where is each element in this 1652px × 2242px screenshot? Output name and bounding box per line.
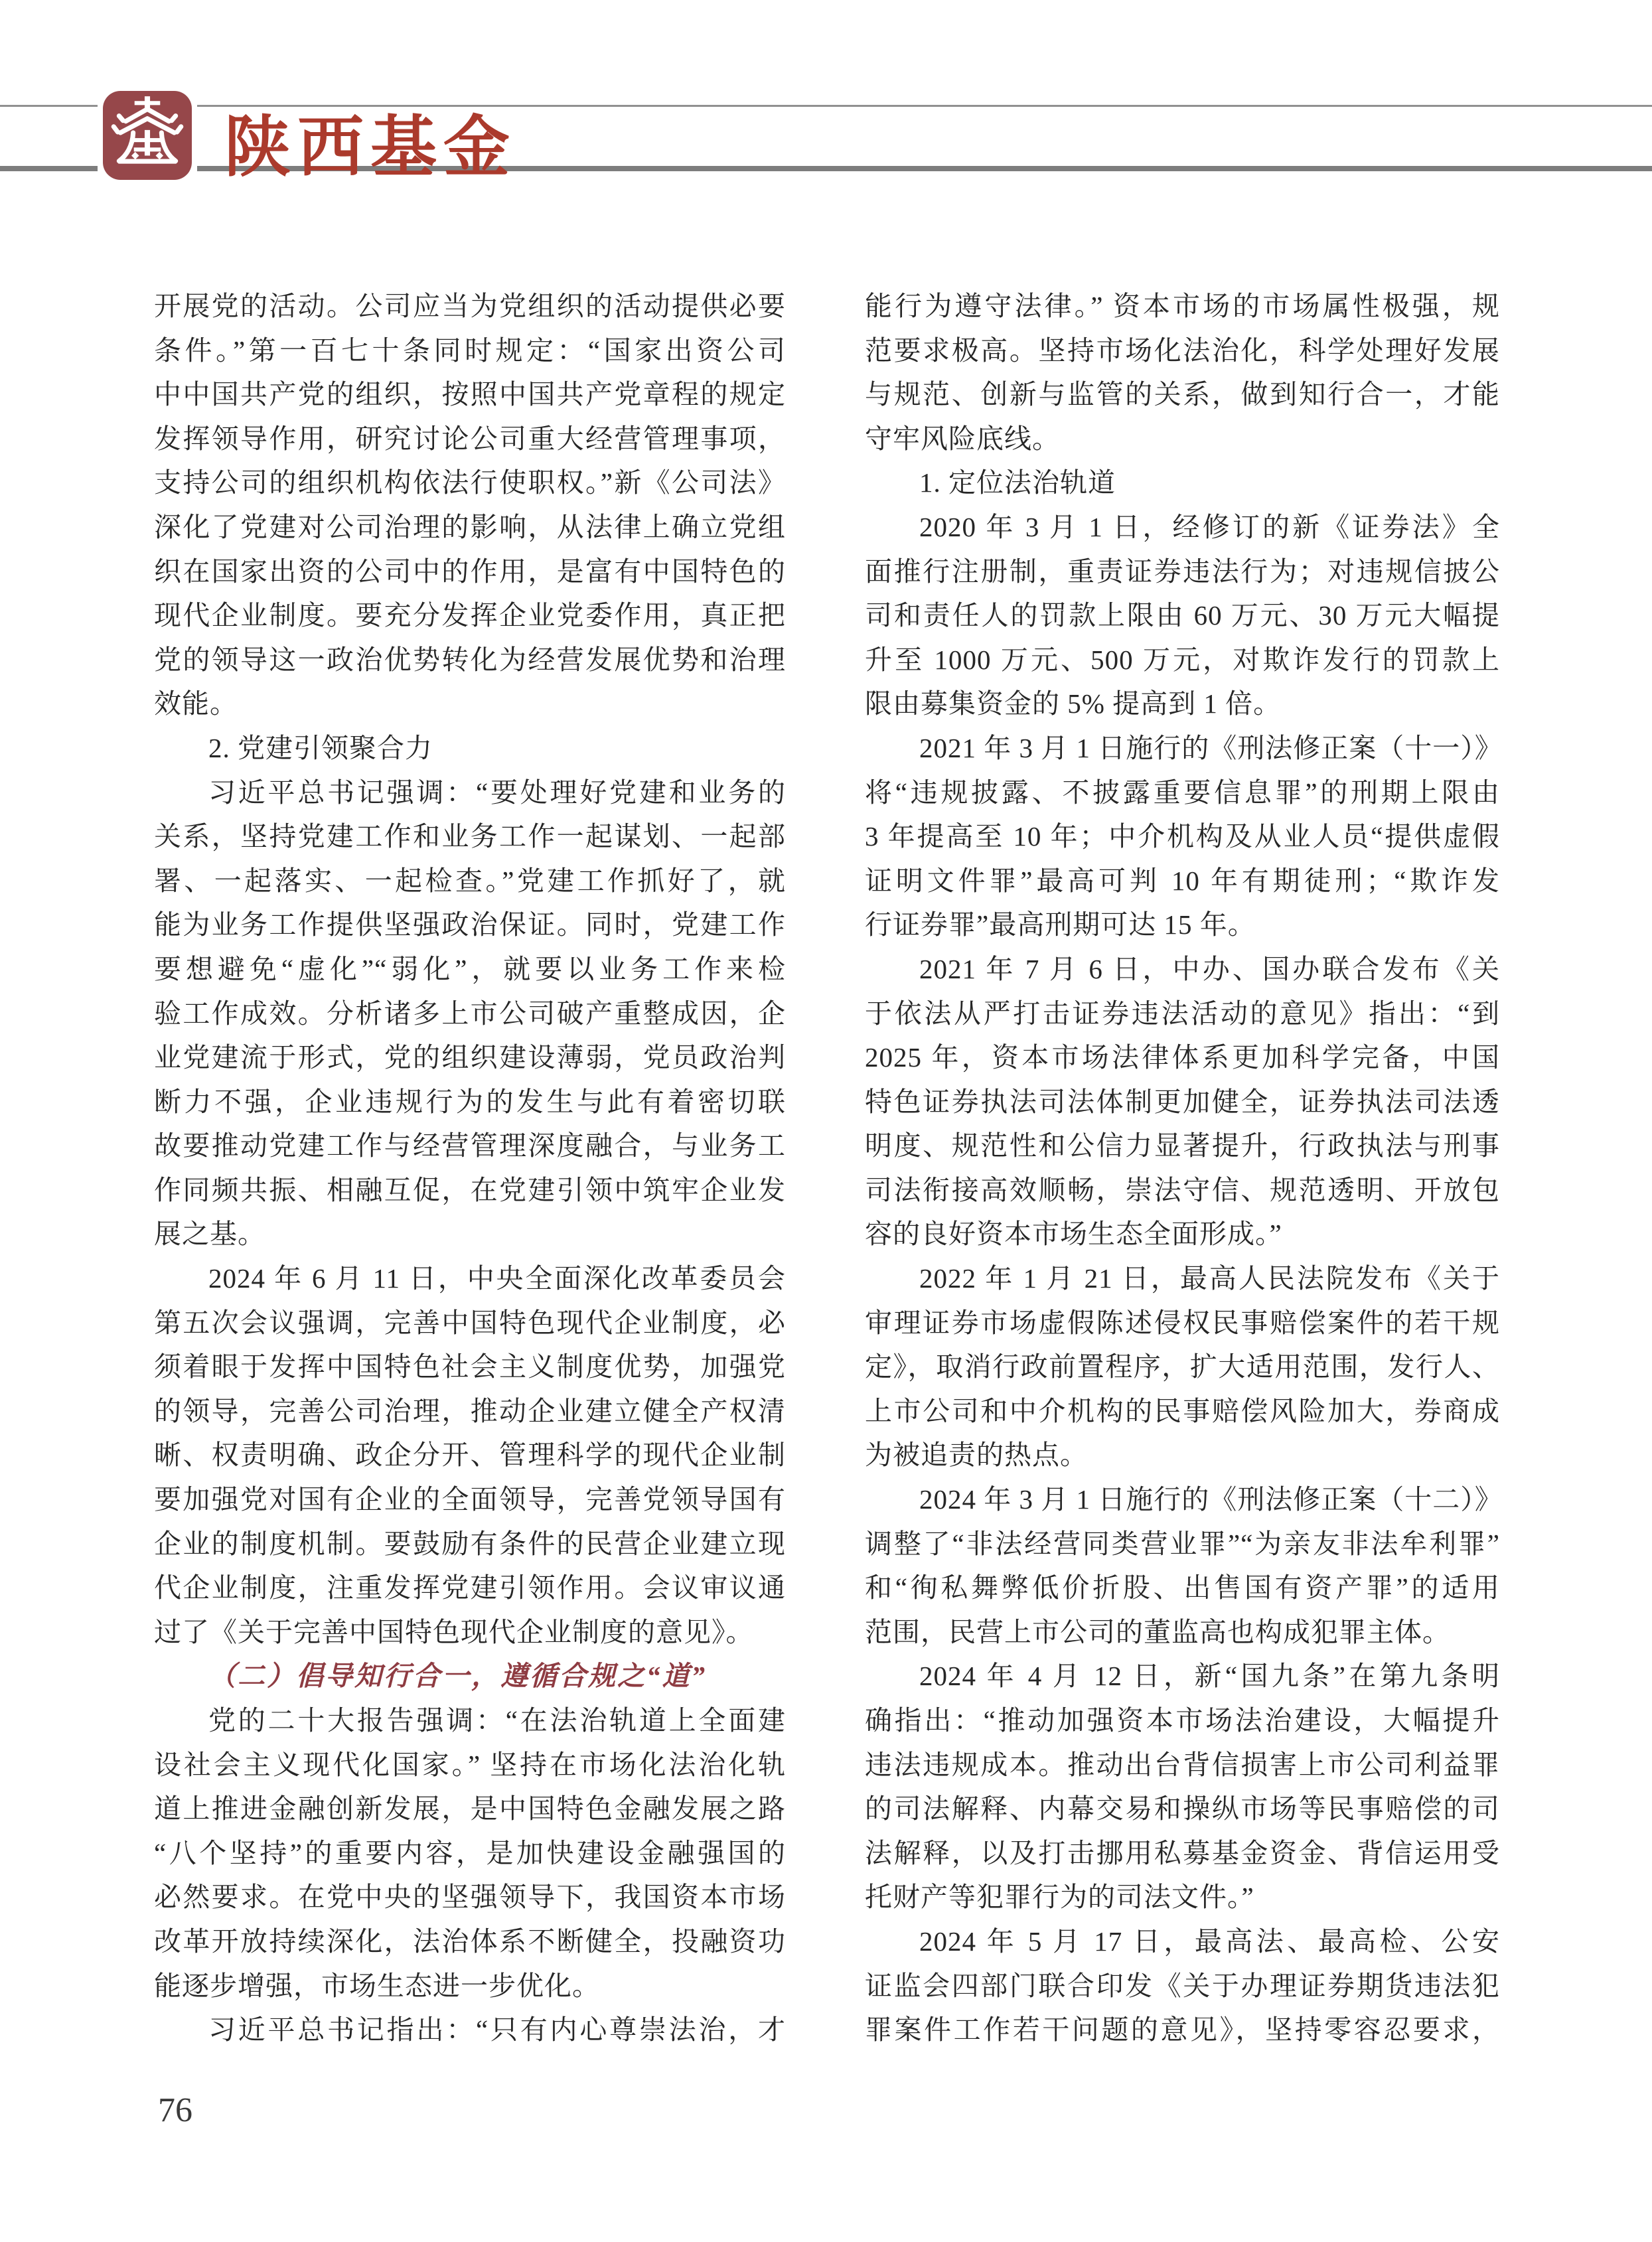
text-line: 织在国家出资的公司中的作用，是富有中国特色的 <box>154 550 786 594</box>
text-line: 与规范、创新与监管的关系，做到知行合一，才能 <box>865 372 1500 417</box>
text-line: 必然要求。在党中央的坚强领导下，我国资本市场 <box>154 1875 786 1919</box>
text-line: 定》，取消行政前置程序，扩大适用范围，发行人、 <box>865 1345 1500 1389</box>
text-line: 须着眼于发挥中国特色社会主义制度优势，加强党 <box>154 1345 786 1389</box>
text-line: 现代企业制度。要充分发挥企业党委作用，真正把 <box>154 593 786 638</box>
text-line: 容的良好资本市场生态全面形成。” <box>865 1212 1500 1256</box>
text-line: 2024 年 4 月 12 日，新“国九条”在第九条明 <box>865 1654 1500 1698</box>
text-line: 作同频共振、相融互促，在党建引领中筑牢企业发 <box>154 1168 786 1213</box>
pagoda-logo-icon <box>103 91 192 180</box>
text-line: 能行为遵守法律。” 资本市场的市场属性极强，规 <box>865 284 1500 329</box>
text-line: 要想避免“虚化”“弱化”，就要以业务工作来检 <box>154 947 786 992</box>
text-line: 过了《关于完善中国特色现代企业制度的意见》。 <box>154 1610 786 1655</box>
text-line: 署、一起落实、一起检查。”党建工作抓好了，就 <box>154 859 786 903</box>
text-line: 企业的制度机制。要鼓励有条件的民营企业建立现 <box>154 1522 786 1566</box>
text-line: 证监会四部门联合印发《关于办理证券期货违法犯 <box>865 1964 1500 2008</box>
text-line: 中中国共产党的组织，按照中国共产党章程的规定 <box>154 372 786 417</box>
text-line: 代企业制度，注重发挥党建引领作用。会议审议通 <box>154 1566 786 1610</box>
section-heading-red: （二）倡导知行合一，遵循合规之“道” <box>154 1654 786 1698</box>
text-line: 开展党的活动。公司应当为党组织的活动提供必要 <box>154 284 786 329</box>
text-line: 效能。 <box>154 682 786 726</box>
text-line: 确指出：“推动加强资本市场法治建设，大幅提升 <box>865 1698 1500 1743</box>
text-line: 违法违规成本。推动出台背信损害上市公司利益罪 <box>865 1743 1500 1787</box>
text-line: 发挥领导作用，研究讨论公司重大经营管理事项， <box>154 417 786 461</box>
text-line: 司和责任人的罚款上限由 60 万元、30 万元大幅提 <box>865 593 1500 638</box>
text-line: 的领导，完善公司治理，推动企业建立健全产权清 <box>154 1389 786 1434</box>
text-line: 道上推进金融创新发展，是中国特色金融发展之路 <box>154 1787 786 1831</box>
text-line: 2022 年 1 月 21 日，最高人民法院发布《关于 <box>865 1256 1500 1301</box>
text-line: 限由募集资金的 5% 提高到 1 倍。 <box>865 682 1500 726</box>
text-line: 法解释，以及打击挪用私募基金资金、背信运用受 <box>865 1831 1500 1876</box>
text-line: 第五次会议强调，完善中国特色现代企业制度，必 <box>154 1301 786 1345</box>
text-line: 罪案件工作若干问题的意见》，坚持零容忍要求， <box>865 2008 1500 2052</box>
text-line: 展之基。 <box>154 1212 786 1256</box>
text-line: 守牢风险底线。 <box>865 417 1500 461</box>
text-line: 支持公司的组织机构依法行使职权。”新《公司法》 <box>154 461 786 505</box>
text-line: 托财产等犯罪行为的司法文件。” <box>865 1875 1500 1919</box>
text-line: 特色证券执法司法体制更加健全，证券执法司法透 <box>865 1080 1500 1124</box>
text-line: 2024 年 3 月 1 日施行的《刑法修正案（十二）》 <box>865 1477 1500 1522</box>
right-column: 能行为遵守法律。” 资本市场的市场属性极强，规范要求极高。坚持市场化法治化，科学… <box>865 284 1500 2052</box>
page-number: 76 <box>158 2091 192 2130</box>
text-line: 上市公司和中介机构的民事赔偿风险加大，券商成 <box>865 1389 1500 1434</box>
text-line: 3 年提高至 10 年；中介机构及从业人员“提供虚假 <box>865 814 1500 859</box>
text-line: 2020 年 3 月 1 日，经修订的新《证券法》全 <box>865 505 1500 550</box>
text-line: 调整了“非法经营同类营业罪”“为亲友非法牟利罪” <box>865 1522 1500 1566</box>
text-line: 断力不强，企业违规行为的发生与此有着密切联系。 <box>154 1080 786 1124</box>
text-line: 2024 年 5 月 17 日，最高法、最高检、公安部、 <box>865 1919 1500 1964</box>
text-line: 于依法从严打击证券违法活动的意见》指出：“到 <box>865 992 1500 1036</box>
text-line: 晰、权责明确、政企分开、管理科学的现代企业制度。 <box>154 1433 786 1477</box>
scanned-journal-page: { "page": { "number": "76" }, "header": … <box>0 0 1652 2242</box>
text-line: 行证券罪”最高刑期可达 15 年。 <box>865 903 1500 947</box>
text-line: 故要推动党建工作与经营管理深度融合，与业务工 <box>154 1124 786 1168</box>
text-line: 习近平总书记指出：“只有内心尊崇法治，才 <box>154 2008 786 2052</box>
text-line: 明度、规范性和公信力显著提升，行政执法与刑事 <box>865 1124 1500 1168</box>
text-line: 业党建流于形式，党的组织建设薄弱，党员政治判 <box>154 1035 786 1080</box>
text-line: 范围，民营上市公司的董监高也构成犯罪主体。 <box>865 1610 1500 1655</box>
text-line: 面推行注册制，重责证券违法行为；对违规信披公 <box>865 550 1500 594</box>
text-line: 习近平总书记强调：“要处理好党建和业务的 <box>154 771 786 815</box>
text-line: 条件。”第一百七十条同时规定：“国家出资公司 <box>154 329 786 373</box>
text-line: 和“徇私舞弊低价折股、出售国有资产罪”的适用 <box>865 1566 1500 1610</box>
text-line: 范要求极高。坚持市场化法治化，科学处理好发展 <box>865 329 1500 373</box>
brand-logo <box>98 85 197 186</box>
sub-heading: 1. 定位法治轨道 <box>865 461 1500 505</box>
text-line: 要加强党对国有企业的全面领导，完善党领导国有 <box>154 1477 786 1522</box>
text-line: 2024 年 6 月 11 日，中央全面深化改革委员会 <box>154 1256 786 1301</box>
text-line: 改革开放持续深化，法治体系不断健全，投融资功 <box>154 1919 786 1964</box>
text-line: 为被追责的热点。 <box>865 1433 1500 1477</box>
text-line: “八个坚持”的重要内容，是加快建设金融强国的 <box>154 1831 786 1876</box>
text-line: 司法衔接高效顺畅，崇法守信、规范透明、开放包 <box>865 1168 1500 1213</box>
text-line: 党的二十大报告强调：“在法治轨道上全面建 <box>154 1698 786 1743</box>
text-line: 设社会主义现代化国家。” 坚持在市场化法治化轨 <box>154 1743 786 1787</box>
text-line: 2025 年，资本市场法律体系更加科学完备，中国 <box>865 1035 1500 1080</box>
text-line: 关系，坚持党建工作和业务工作一起谋划、一起部 <box>154 814 786 859</box>
left-column: 开展党的活动。公司应当为党组织的活动提供必要条件。”第一百七十条同时规定：“国家… <box>154 284 786 2052</box>
text-line: 验工作成效。分析诸多上市公司破产重整成因，企 <box>154 992 786 1036</box>
text-line: 能为业务工作提供坚强政治保证。同时，党建工作 <box>154 903 786 947</box>
text-line: 的司法解释、内幕交易和操纵市场等民事赔偿的司 <box>865 1787 1500 1831</box>
text-line: 2021 年 7 月 6 日，中办、国办联合发布《关 <box>865 947 1500 992</box>
text-line: 深化了党建对公司治理的影响，从法律上确立党组 <box>154 505 786 550</box>
text-line: 能逐步增强，市场生态进一步优化。 <box>154 1964 786 2008</box>
text-line: 将“违规披露、不披露重要信息罪”的刑期上限由 <box>865 771 1500 815</box>
text-line: 2021 年 3 月 1 日施行的《刑法修正案（十一）》 <box>865 726 1500 771</box>
text-line: 党的领导这一政治优势转化为经营发展优势和治理 <box>154 638 786 682</box>
text-line: 升至 1000 万元、500 万元，对欺诈发行的罚款上 <box>865 638 1500 682</box>
text-line: 证明文件罪”最高可判 10 年有期徒刑；“欺诈发 <box>865 859 1500 903</box>
text-line: 审理证券市场虚假陈述侵权民事赔偿案件的若干规 <box>865 1301 1500 1345</box>
brand-title: 陕西基金 <box>224 105 822 191</box>
sub-heading: 2. 党建引领聚合力 <box>154 726 786 771</box>
